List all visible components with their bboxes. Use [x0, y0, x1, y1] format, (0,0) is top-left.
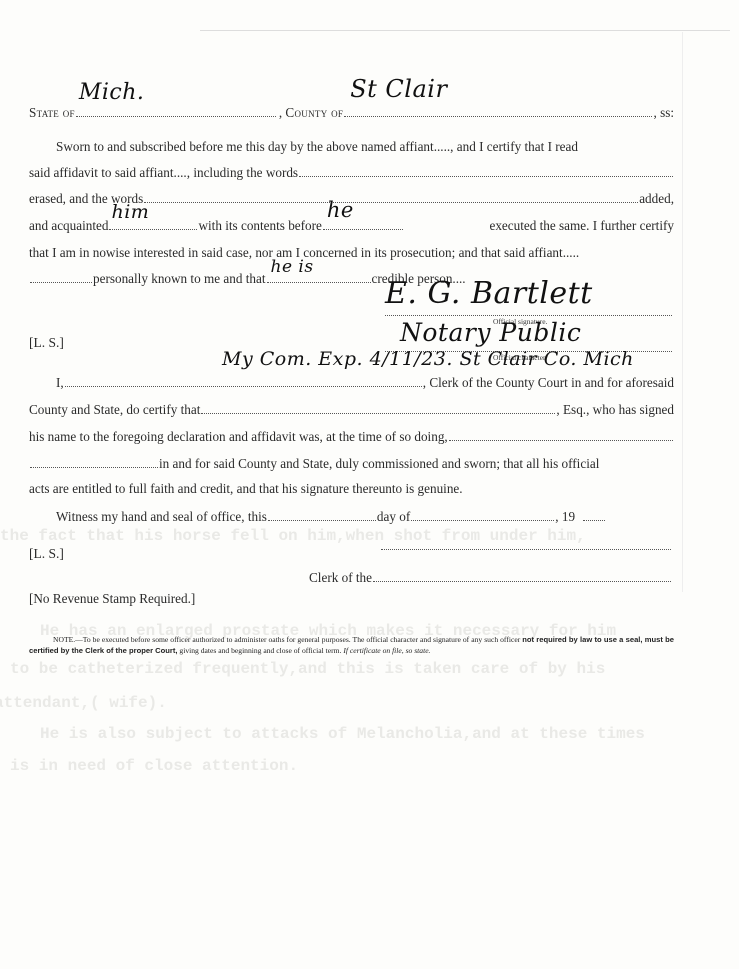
witness-line: Witness my hand and seal of office, this…: [29, 509, 646, 525]
credible-handwritten-value: he is: [271, 259, 314, 275]
bleed-through-line: is in need of close attention.: [10, 757, 739, 775]
page-edge-rule: [200, 30, 730, 31]
official-character-handwritten: Notary Public: [400, 318, 581, 347]
commission-expiry-handwritten: My Com. Exp. 4/11/23. St Clair Co. Mich: [222, 348, 634, 370]
clerk-signature-line[interactable]: [381, 548, 671, 550]
words-erased-field[interactable]: [299, 165, 673, 177]
clerk-of-court-field[interactable]: [373, 570, 671, 582]
official-signature-handwritten: E. G. Bartlett: [385, 276, 593, 311]
acquainted-handwritten-value: him: [111, 204, 149, 220]
para1-line2: said affidavit to said affiant...., incl…: [29, 165, 674, 181]
page-edge-rule: [682, 32, 683, 592]
words-added-field[interactable]: [144, 191, 638, 203]
credible-field[interactable]: he is: [267, 271, 371, 283]
bleed-through-line: He is also subject to attacks of Melanch…: [40, 725, 739, 743]
ss-label: , ss:: [653, 105, 674, 121]
affiant-known-field[interactable]: [30, 271, 92, 283]
before-field[interactable]: he: [323, 218, 403, 230]
state-label: State of: [29, 105, 75, 121]
officer-title-field-cont[interactable]: [30, 456, 158, 468]
para1-line1: Sworn to and subscribed before me this d…: [29, 139, 674, 155]
state-handwritten-value: Mich.: [79, 85, 145, 101]
certified-officer-field[interactable]: [201, 402, 555, 414]
witness-month-field[interactable]: [411, 509, 554, 521]
seal-label: [L. S.]: [29, 335, 64, 351]
before-handwritten-value: he: [327, 202, 354, 218]
para1-line5: that I am in nowise interested in said c…: [29, 245, 674, 261]
officer-title-field[interactable]: [449, 429, 673, 441]
state-field[interactable]: Mich.: [76, 105, 276, 117]
para1-line4: and acquainted him with its contents bef…: [29, 218, 674, 234]
witness-year-field[interactable]: [583, 509, 605, 521]
acquainted-field[interactable]: him: [109, 218, 197, 230]
bleed-through-line: the fact that his horse fell on him,when…: [0, 527, 739, 545]
witness-day-field[interactable]: [268, 509, 376, 521]
para2-line4: in and for said County and State, duly c…: [29, 456, 674, 472]
para2-line5: acts are entitled to full faith and cred…: [29, 481, 674, 497]
official-signature-line[interactable]: [385, 314, 672, 316]
clerk-name-field[interactable]: [65, 375, 422, 387]
venue-line: State of Mich. , County of St Clair , ss…: [29, 105, 674, 121]
county-label: County of: [285, 105, 343, 121]
para2-line3: his name to the foregoing declaration an…: [29, 429, 674, 445]
bleed-through-line: attendant,( wife).: [0, 694, 733, 712]
document-page: the fact that his horse fell on him,when…: [0, 0, 739, 969]
county-handwritten-value: St Clair: [350, 81, 447, 97]
seal-label-2: [L. S.]: [29, 546, 64, 562]
footnote: NOTE.—To be executed before some officer…: [29, 635, 674, 656]
para2-line2: County and State, do certify that , Esq.…: [29, 402, 674, 418]
clerk-of-line: Clerk of the: [309, 570, 672, 586]
no-revenue-stamp: [No Revenue Stamp Required.]: [29, 591, 674, 607]
para2-line1: I, , Clerk of the County Court in and fo…: [29, 375, 674, 391]
bleed-through-line: to be catheterized frequently,and this i…: [10, 660, 739, 678]
county-field[interactable]: St Clair: [344, 105, 652, 117]
